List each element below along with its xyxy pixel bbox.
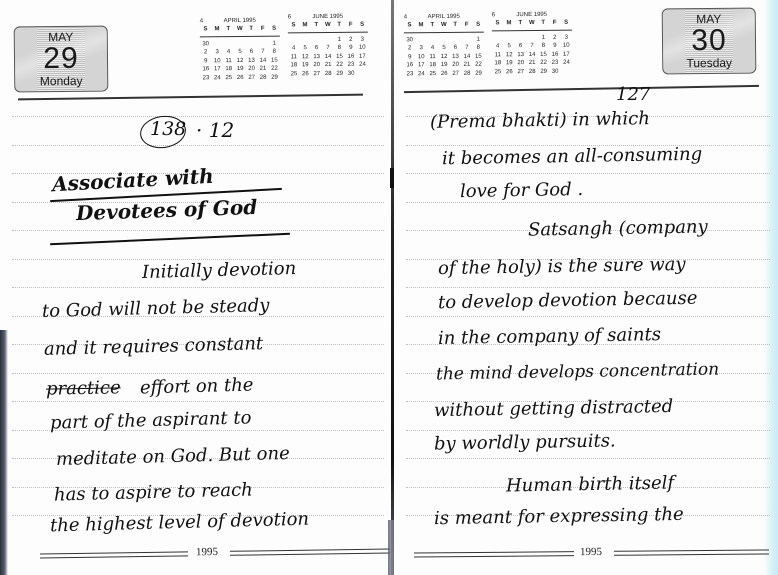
ruled-line — [12, 230, 384, 231]
text-line: is meant for expressing the — [434, 504, 684, 529]
calendar-day: 23 — [404, 70, 415, 79]
calendar-day: 7 — [322, 44, 333, 53]
footer-rule — [414, 551, 574, 557]
calendar-day: 22 — [269, 65, 281, 74]
calendar-day: 15 — [334, 52, 346, 61]
calendar-day: 16 — [549, 50, 560, 59]
calendar-day — [427, 36, 439, 45]
calendar-day: 14 — [526, 50, 537, 59]
footer-year: 1995 — [196, 546, 218, 558]
weekday-label: W — [526, 19, 537, 28]
page-edge-shadow — [0, 330, 8, 575]
footer-year: 1995 — [580, 546, 602, 558]
text-line: Satsangh (company — [528, 216, 708, 240]
weekday-label: T — [311, 21, 323, 30]
entry-number: 138 — [150, 118, 186, 140]
calendar-day: 26 — [234, 73, 245, 82]
calendar-day: 5 — [234, 48, 245, 57]
calendar-day: 2 — [549, 33, 560, 42]
calendar-day: 25 — [492, 68, 503, 77]
calendar-day: 3 — [211, 48, 222, 57]
calendar-day: 6 — [311, 44, 323, 53]
calendar-day: 23 — [549, 59, 560, 68]
ruled-lines — [406, 110, 770, 530]
page-reference: 127 — [616, 84, 650, 105]
struck-word: practice — [46, 377, 121, 399]
weekday-label: S — [560, 19, 572, 28]
ruled-line — [406, 458, 770, 459]
calendar-day: 10 — [415, 53, 426, 62]
badge-day: 30 — [663, 26, 755, 57]
calendar-day — [246, 39, 258, 48]
weekday-label: S — [404, 21, 415, 30]
calendar-day: 29 — [473, 69, 485, 78]
calendar-day — [223, 40, 235, 49]
weekday-label: W — [438, 21, 449, 30]
calendar-day: 5 — [299, 44, 310, 53]
calendar-week: 252627282930 — [288, 69, 368, 78]
mini-calendar-april: 4APRIL 1995SMTWTFS3012345678910111213141… — [200, 18, 281, 83]
calendar-day: 10 — [211, 57, 222, 66]
calendar-day: 24 — [212, 74, 223, 83]
calendar-day: 9 — [345, 44, 356, 53]
calendar-day: 26 — [438, 69, 449, 78]
calendar-day: 22 — [538, 59, 550, 68]
calendar-day: 11 — [492, 51, 503, 60]
ruled-line — [12, 287, 384, 288]
calendar-day: 7 — [461, 44, 472, 53]
calendar-day: 9 — [549, 42, 560, 51]
calendar-day: 12 — [503, 51, 514, 60]
calendar-day: 9 — [404, 53, 415, 62]
calendar-day: 17 — [357, 52, 369, 61]
calendar-day: 27 — [450, 69, 462, 78]
calendar-day: 12 — [234, 56, 245, 65]
date-badge: MAY 30 Tuesday — [662, 8, 757, 75]
calendar-day: 12 — [299, 53, 310, 62]
calendar-day: 21 — [526, 59, 537, 68]
calendar-day: 20 — [515, 59, 527, 68]
calendar-day: 24 — [357, 61, 369, 70]
text-line: Initially devotion — [142, 258, 297, 283]
weekday-label: M — [299, 21, 310, 30]
calendar-day: 9 — [200, 57, 211, 66]
calendar-day: 28 — [461, 69, 472, 78]
text-line: love for God . — [460, 179, 584, 202]
calendar-day — [415, 36, 426, 45]
calendar-day: 30 — [200, 40, 211, 49]
calendar-day: 2 — [345, 35, 356, 44]
calendar-day: 29 — [538, 67, 550, 76]
calendar-day: 7 — [526, 42, 537, 51]
weekday-label: W — [234, 25, 245, 34]
calendar-day: 8 — [473, 44, 485, 53]
calendar-day: 1 — [268, 39, 280, 48]
text-line: without getting distracted — [434, 396, 674, 421]
weekday-label: S — [200, 25, 211, 34]
footer-rule — [230, 549, 390, 556]
weekday-label: F — [257, 25, 268, 34]
calendar-day — [322, 35, 333, 44]
calendar-weekday-header: SMTWTFS — [492, 19, 572, 31]
weekday-label: W — [322, 21, 333, 30]
calendar-day: 15 — [538, 50, 550, 59]
weekday-label: T — [223, 25, 235, 34]
calendar-day: 2 — [200, 48, 211, 57]
calendar-day: 3 — [415, 44, 426, 53]
calendar-day: 18 — [492, 59, 503, 68]
badge-day: 29 — [15, 44, 107, 75]
calendar-day: 2 — [404, 44, 415, 53]
badge-weekday: Monday — [15, 74, 107, 89]
calendar-week: 23242526272829 — [404, 69, 484, 78]
calendar-day: 21 — [461, 61, 472, 70]
header-rule — [404, 85, 759, 93]
calendar-day: 13 — [311, 53, 323, 62]
calendar-day: 5 — [503, 42, 514, 51]
page-footer: 1995 — [414, 544, 769, 561]
calendar-day: 19 — [234, 65, 245, 74]
calendar-day: 16 — [200, 65, 211, 74]
calendar-day: 10 — [357, 44, 369, 53]
calendar-day: 27 — [246, 73, 258, 82]
text-line: effort on the — [140, 375, 254, 399]
calendar-weekday-header: SMTWTFS — [288, 21, 368, 33]
weekday-label: T — [515, 19, 527, 28]
calendar-day: 27 — [311, 70, 323, 79]
calendar-day — [357, 69, 369, 78]
calendar-day: 11 — [427, 53, 439, 62]
calendar-day: 13 — [450, 52, 462, 61]
calendar-day: 18 — [223, 65, 235, 74]
mini-calendar-april: 4APRIL 1995SMTWTFS3012345678910111213141… — [404, 14, 485, 79]
calendar-month-number: 6 — [492, 12, 495, 18]
calendar-day: 13 — [246, 56, 258, 65]
calendar-day: 23 — [345, 61, 356, 70]
weekday-label: T — [245, 25, 257, 34]
calendar-day: 19 — [438, 61, 449, 70]
calendar-day: 21 — [322, 61, 333, 70]
calendar-day — [492, 34, 503, 43]
calendar-day: 8 — [334, 44, 346, 53]
weekday-label: F — [345, 21, 356, 30]
calendar-day: 4 — [223, 48, 235, 57]
calendar-day: 4 — [492, 42, 503, 51]
weekday-label: S — [472, 21, 484, 30]
calendar-day: 25 — [288, 70, 299, 79]
text-line: Human birth itself — [506, 473, 674, 497]
calendar-day: 24 — [561, 59, 573, 68]
calendar-day: 19 — [300, 61, 311, 70]
calendar-day — [311, 36, 323, 45]
calendar-month-number: 4 — [404, 14, 407, 20]
weekday-label: M — [415, 21, 426, 30]
calendar-day — [438, 35, 449, 44]
calendar-day: 5 — [438, 44, 449, 53]
weekday-label: T — [537, 19, 549, 28]
calendar-weekday-header: SMTWTFS — [404, 21, 484, 33]
calendar-day — [299, 36, 310, 45]
ruled-line — [406, 316, 770, 317]
calendar-day: 12 — [438, 52, 449, 61]
calendar-day: 1 — [538, 33, 550, 42]
calendar-day — [461, 35, 472, 44]
calendar-day — [257, 39, 268, 48]
weekday-label: M — [211, 25, 222, 34]
weekday-label: T — [427, 21, 439, 30]
text-line: (Prema bhakti) in which — [430, 108, 650, 133]
text-line: in the company of saints — [438, 324, 661, 349]
date-badge: MAY 29 Monday — [14, 26, 109, 93]
calendar-day: 3 — [356, 35, 368, 44]
calendar-weekday-header: SMTWTFS — [200, 25, 280, 37]
calendar-day: 23 — [200, 74, 211, 83]
footer-rule — [40, 551, 188, 558]
calendar-day: 11 — [223, 57, 235, 66]
calendar-day — [211, 40, 222, 49]
calendar-month-number: 4 — [200, 18, 203, 24]
calendar-day: 17 — [561, 50, 573, 59]
calendar-month-number: 6 — [288, 14, 291, 20]
calendar-day: 24 — [416, 70, 427, 79]
calendar-day: 10 — [561, 42, 573, 51]
calendar-day: 1 — [472, 35, 484, 44]
calendar-day: 20 — [311, 61, 323, 70]
page-reference: · 12 — [196, 118, 234, 142]
ruled-line — [406, 287, 770, 288]
calendar-day: 8 — [269, 48, 281, 57]
calendar-day: 30 — [345, 69, 356, 78]
calendar-day — [526, 33, 537, 42]
calendar-day: 14 — [257, 56, 268, 65]
weekday-label: T — [449, 21, 461, 30]
ruled-line — [12, 259, 384, 260]
left-page: MAY 29 Monday 4APRIL 1995SMTWTFS30123456… — [0, 0, 392, 575]
mini-calendar-june: 6JUNE 1995SMTWTFS12345678910111213141516… — [288, 14, 369, 79]
calendar-day: 14 — [461, 52, 472, 61]
weekday-label: M — [503, 19, 514, 28]
calendar-week: 252627282930 — [492, 67, 572, 76]
calendar-day: 25 — [427, 70, 439, 79]
calendar-day: 11 — [288, 53, 299, 62]
calendar-day: 26 — [300, 70, 311, 79]
text-line: of the holy) is the sure way — [438, 254, 686, 279]
calendar-day: 4 — [427, 44, 439, 53]
weekday-label: S — [492, 19, 503, 28]
diary-spread: MAY 29 Monday 4APRIL 1995SMTWTFS30123456… — [0, 0, 778, 575]
ruled-line — [12, 116, 384, 117]
calendar-day: 28 — [526, 67, 537, 76]
ruled-line — [12, 401, 384, 402]
header-rule — [18, 94, 363, 100]
calendar-day — [450, 35, 462, 44]
calendar-day: 29 — [269, 73, 281, 82]
calendar-day: 27 — [515, 68, 527, 77]
mini-calendar-june: 6JUNE 1995SMTWTFS12345678910111213141516… — [492, 12, 573, 77]
calendar-day: 16 — [345, 52, 356, 61]
calendar-day: 15 — [269, 56, 281, 65]
calendar-day: 19 — [504, 59, 515, 68]
calendar-week: 23242526272829 — [200, 73, 280, 82]
calendar-day: 3 — [560, 33, 572, 42]
weekday-label: S — [268, 25, 280, 34]
calendar-day: 26 — [504, 68, 515, 77]
calendar-day: 28 — [257, 73, 268, 82]
weekday-label: T — [333, 21, 345, 30]
calendar-day — [503, 34, 514, 43]
text-line: by worldly pursuits. — [434, 430, 616, 454]
weekday-label: S — [356, 21, 368, 30]
ruled-line — [406, 173, 770, 174]
weekday-label: F — [461, 21, 472, 30]
calendar-day: 6 — [515, 42, 527, 51]
calendar-day: 29 — [334, 69, 346, 78]
ruled-line — [12, 373, 384, 374]
calendar-day: 18 — [288, 61, 299, 70]
calendar-day: 14 — [322, 52, 333, 61]
footer-rule — [614, 549, 769, 555]
calendar-day — [515, 34, 527, 43]
calendar-day: 4 — [288, 44, 299, 53]
weekday-label: F — [549, 19, 560, 28]
calendar-day: 15 — [473, 52, 485, 61]
badge-weekday: Tuesday — [663, 56, 755, 71]
right-page: 4APRIL 1995SMTWTFS3012345678910111213141… — [394, 0, 778, 575]
calendar-day: 17 — [416, 61, 427, 70]
calendar-day: 6 — [450, 44, 462, 53]
calendar-day: 22 — [473, 61, 485, 70]
calendar-day: 22 — [334, 61, 346, 70]
calendar-day: 6 — [246, 48, 258, 57]
calendar-day: 18 — [427, 61, 439, 70]
calendar-day: 1 — [334, 35, 346, 44]
calendar-day: 20 — [246, 65, 258, 74]
calendar-day: 8 — [538, 42, 550, 51]
calendar-day: 30 — [404, 36, 415, 45]
calendar-day: 7 — [257, 48, 268, 57]
ruled-line — [12, 145, 384, 146]
calendar-day: 30 — [549, 67, 560, 76]
calendar-day — [234, 39, 245, 48]
calendar-day: 25 — [223, 74, 235, 83]
page-footer: 1995 — [40, 544, 390, 563]
calendar-day: 20 — [450, 61, 462, 70]
calendar-day — [561, 67, 573, 76]
calendar-day: 17 — [212, 65, 223, 74]
calendar-day: 13 — [515, 51, 527, 60]
calendar-day — [288, 36, 299, 45]
calendar-day: 21 — [257, 65, 268, 74]
calendar-day: 16 — [404, 61, 415, 70]
weekday-label: S — [288, 21, 299, 30]
calendar-day: 28 — [322, 69, 333, 78]
